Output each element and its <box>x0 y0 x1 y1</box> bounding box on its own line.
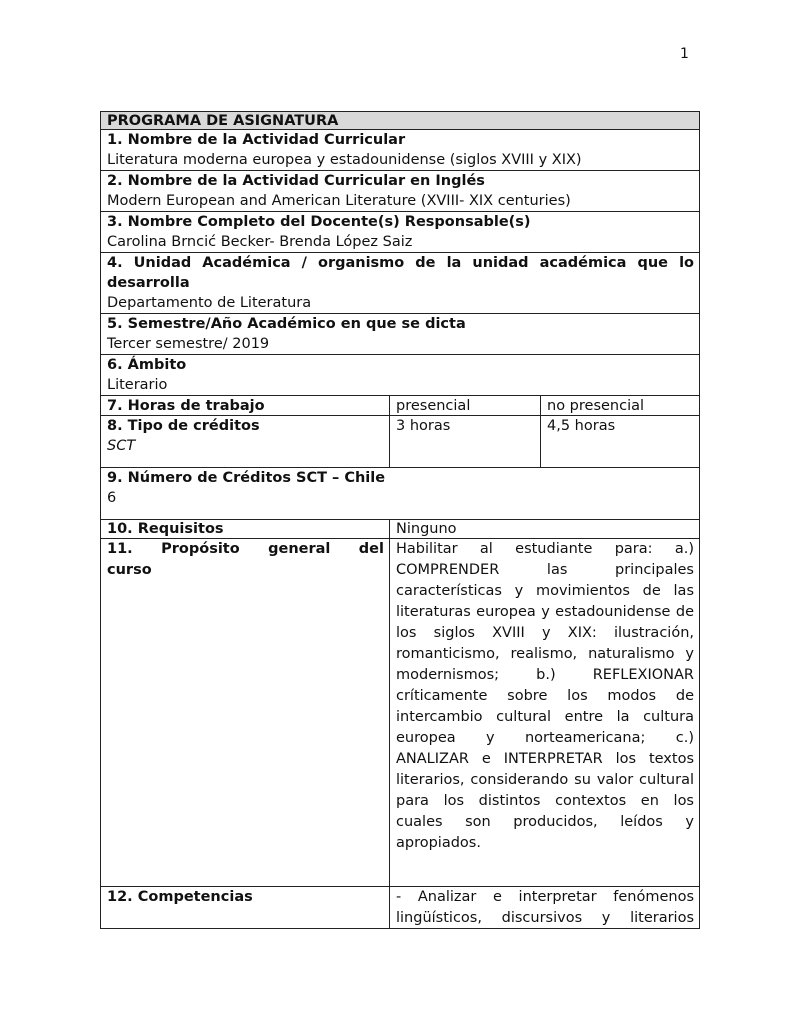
section-6-value: Literario <box>101 375 699 395</box>
section-7-label: 7. Horas de trabajo <box>101 396 390 415</box>
section-7-presencial: presencial <box>390 396 541 415</box>
section-4-label: 4. Unidad Académica / organismo de la un… <box>101 253 699 293</box>
section-3: 3. Nombre Completo del Docente(s) Respon… <box>100 212 700 253</box>
section-2-label: 2. Nombre de la Actividad Curricular en … <box>101 171 699 191</box>
section-3-label: 3. Nombre Completo del Docente(s) Respon… <box>101 212 699 232</box>
course-program-table: PROGRAMA DE ASIGNATURA 1. Nombre de la A… <box>100 111 700 929</box>
page-number: 1 <box>680 46 689 62</box>
section-9: 9. Número de Créditos SCT – Chile 6 <box>100 468 700 520</box>
section-2-value: Modern European and American Literature … <box>101 191 699 211</box>
section-2: 2. Nombre de la Actividad Curricular en … <box>100 171 700 212</box>
section-8-sublabel: SCT <box>107 436 384 456</box>
section-8-label: 8. Tipo de créditos <box>107 416 384 436</box>
section-8: 8. Tipo de créditos SCT 3 horas 4,5 hora… <box>100 416 700 468</box>
section-10-value: Ninguno <box>390 520 699 538</box>
section-10: 10. Requisitos Ninguno <box>100 520 700 539</box>
section-7-no-presencial: no presencial <box>541 396 699 415</box>
section-12-label: 12. Competencias <box>101 887 390 928</box>
section-1-value: Literatura moderna europea y estadounide… <box>101 150 699 170</box>
section-5-label: 5. Semestre/Año Académico en que se dict… <box>101 314 699 334</box>
section-12: 12. Competencias - Analizar e interpreta… <box>100 887 700 929</box>
section-6-label: 6. Ámbito <box>101 355 699 375</box>
section-7: 7. Horas de trabajo presencial no presen… <box>100 396 700 416</box>
section-8-no-presencial-hours: 4,5 horas <box>541 416 699 467</box>
section-5-value: Tercer semestre/ 2019 <box>101 334 699 354</box>
section-9-value: 6 <box>101 488 699 508</box>
section-12-value: - Analizar e interpretar fenómenos lingü… <box>390 887 699 928</box>
section-11-label-cell: 11. Propósito general del curso <box>101 539 390 886</box>
section-3-value: Carolina Brncić Becker- Brenda López Sai… <box>101 232 699 252</box>
table-header: PROGRAMA DE ASIGNATURA <box>100 111 700 130</box>
section-8-label-cell: 8. Tipo de créditos SCT <box>101 416 390 467</box>
section-11-label-line1: 11. Propósito general del <box>107 539 384 560</box>
section-11-label-line2: curso <box>107 560 384 581</box>
section-6: 6. Ámbito Literario <box>100 355 700 396</box>
section-10-label: 10. Requisitos <box>101 520 390 538</box>
table-title: PROGRAMA DE ASIGNATURA <box>101 112 699 131</box>
section-4-value: Departamento de Literatura <box>101 293 699 313</box>
section-8-presencial-hours: 3 horas <box>390 416 541 467</box>
section-9-label: 9. Número de Créditos SCT – Chile <box>101 468 699 488</box>
section-1: 1. Nombre de la Actividad Curricular Lit… <box>100 130 700 171</box>
section-5: 5. Semestre/Año Académico en que se dict… <box>100 314 700 355</box>
section-11: 11. Propósito general del curso Habilita… <box>100 539 700 887</box>
section-4: 4. Unidad Académica / organismo de la un… <box>100 253 700 314</box>
section-11-value: Habilitar al estudiante para: a.) COMPRE… <box>390 539 699 886</box>
section-1-label: 1. Nombre de la Actividad Curricular <box>101 130 699 150</box>
